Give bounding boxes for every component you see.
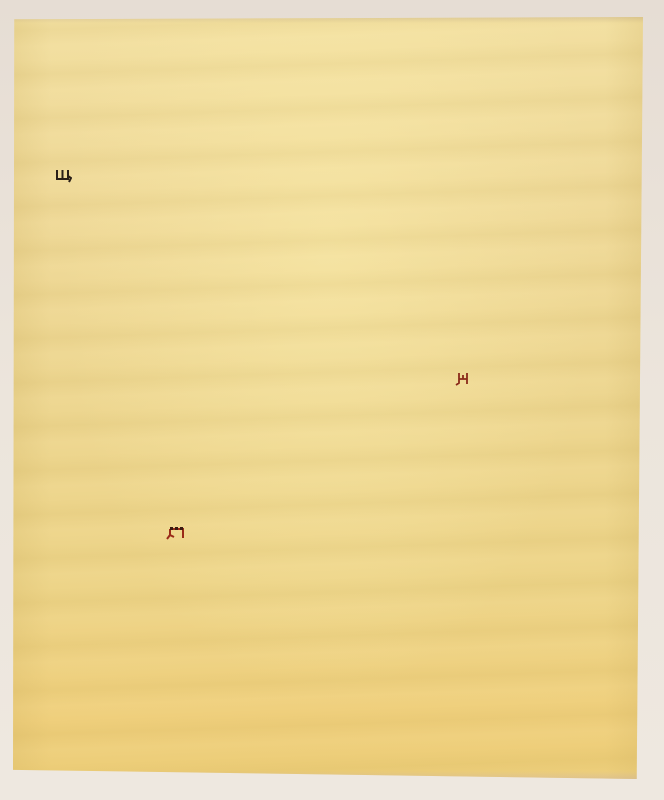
rug — [13, 17, 643, 779]
animal-motif-bottom-left-icon — [165, 526, 185, 542]
animal-motif-right-icon — [455, 372, 469, 386]
animal-motif-top-left-icon — [56, 169, 72, 183]
